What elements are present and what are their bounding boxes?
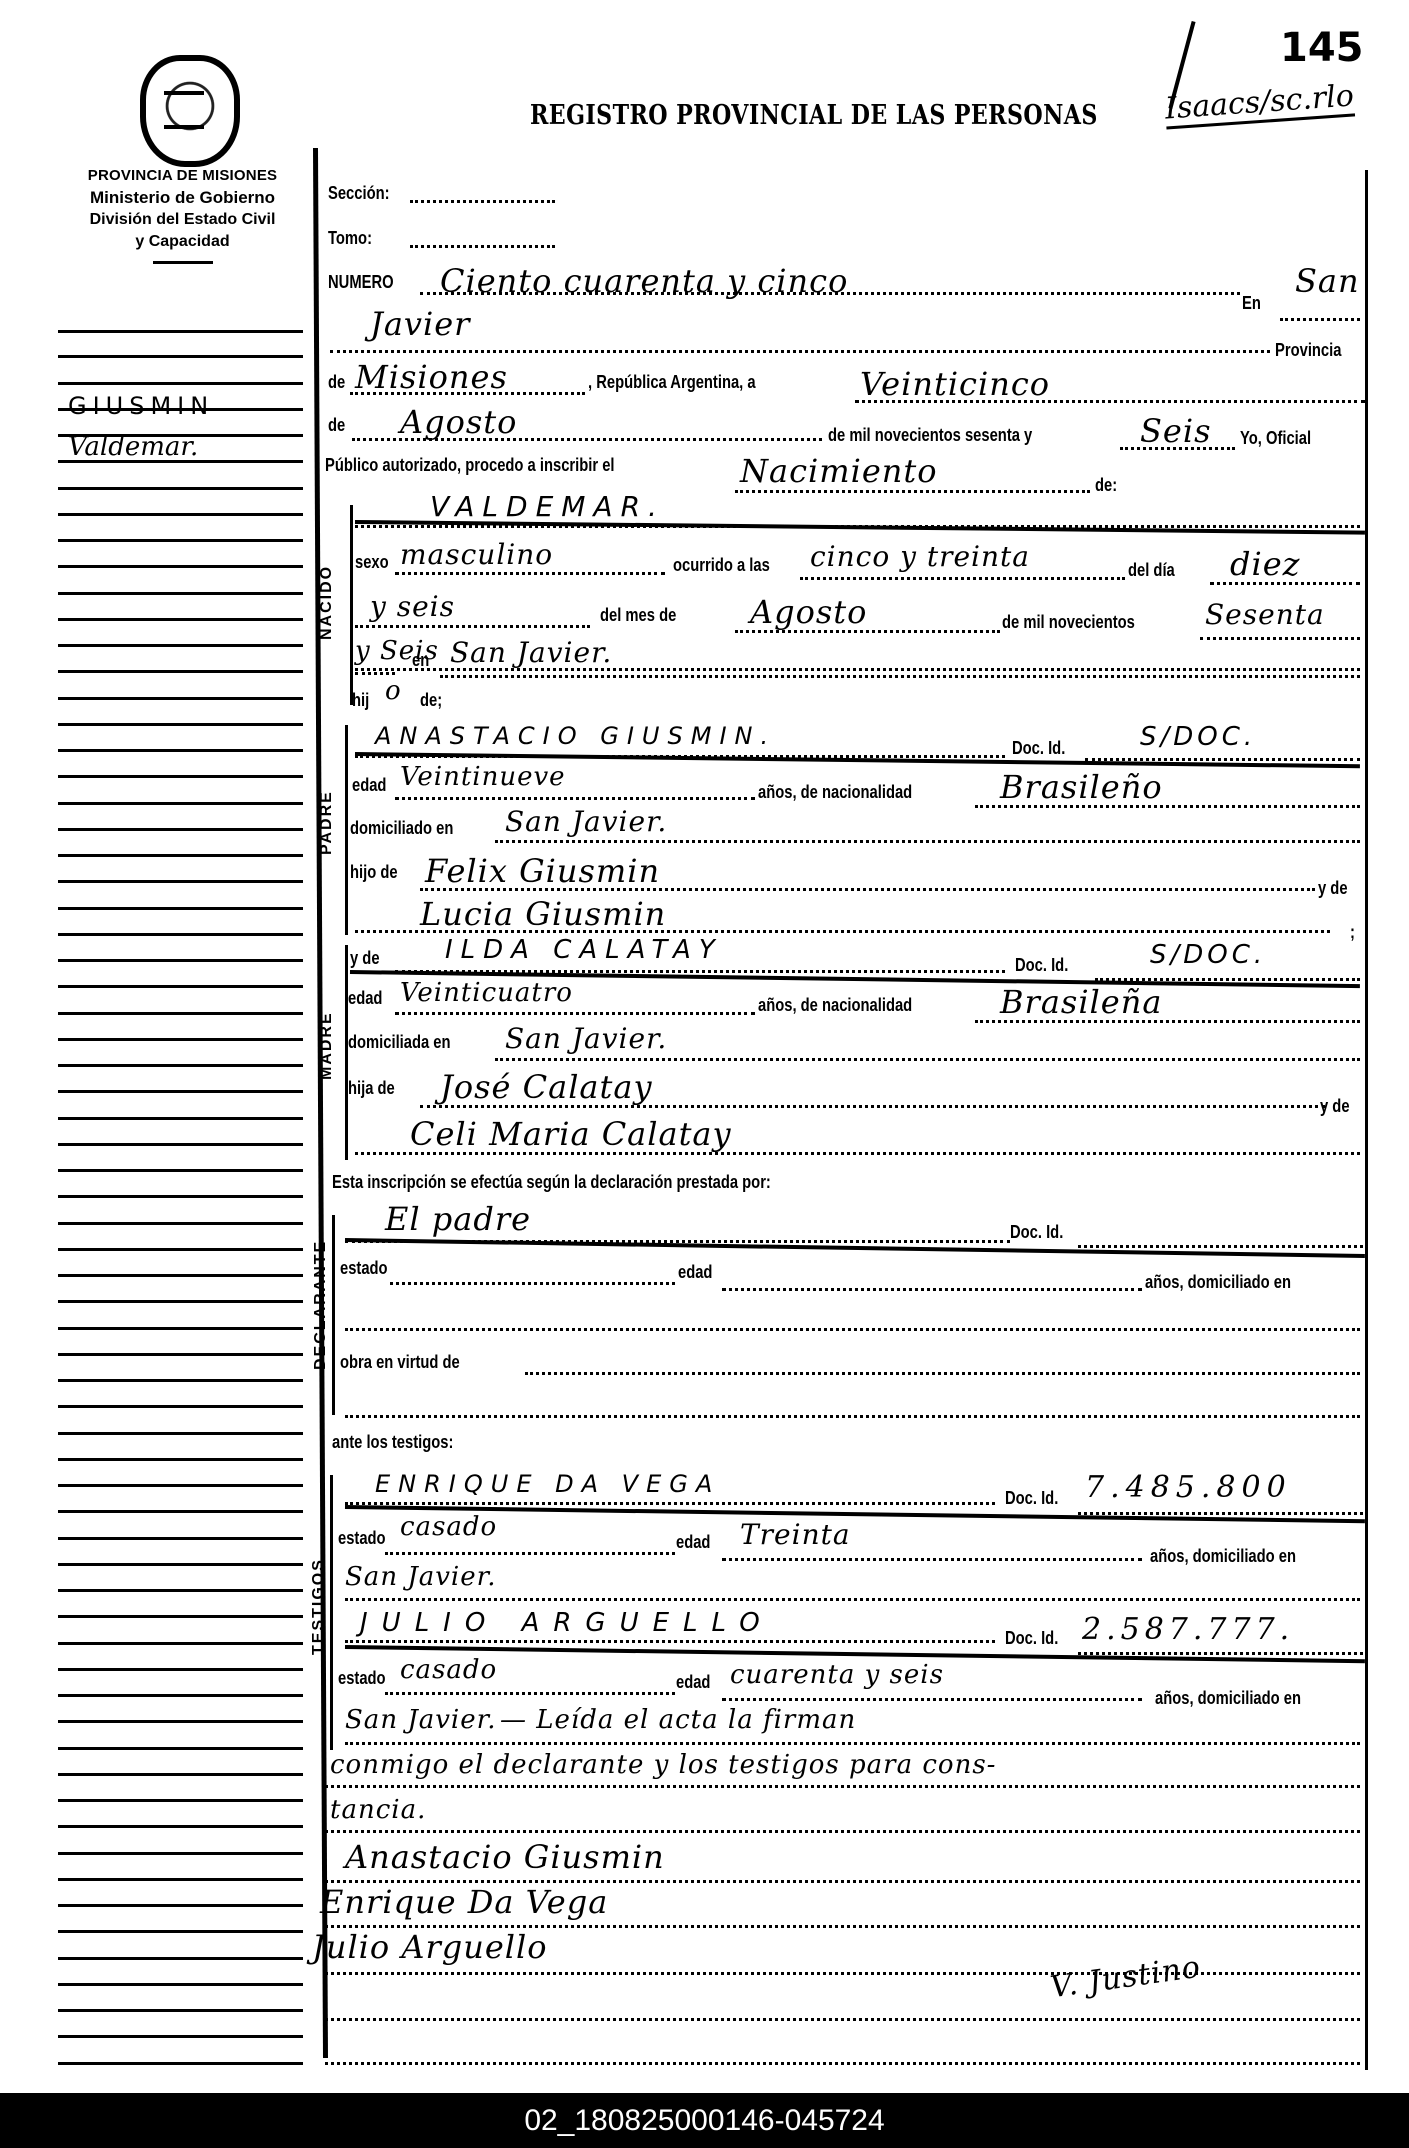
folio-number: 145 [1280, 25, 1364, 71]
anio-label: de mil novecientos sesenta y [828, 425, 1032, 446]
cierre-field-3 [325, 1830, 1360, 1833]
acto-value: Nacimiento [740, 452, 937, 490]
firma-julio: Julio Arguello [312, 1928, 548, 1966]
cierre-line-1: — Leída el acta la firman [500, 1705, 856, 1735]
testigo-1-doc-field[interactable] [1078, 1512, 1363, 1515]
declarante-edad-field[interactable] [722, 1288, 1142, 1291]
testigo-2-edad-field[interactable] [722, 1698, 1142, 1701]
madre-nacionalidad-value: Brasileña [1000, 983, 1162, 1021]
testigo-1-domicilio-field[interactable] [345, 1598, 1360, 1601]
nacido-section-label: NACIDO [318, 565, 336, 640]
testigo-2-edad-label: edad [676, 1672, 710, 1693]
madre-edad-label: edad [348, 988, 382, 1009]
declarante-section-label: DECLARANTE [312, 1240, 330, 1370]
sexo-value: masculino [400, 538, 553, 571]
madre-hija-de-label: hija de [348, 1078, 395, 1099]
madre-domicilio-value: San Javier. [505, 1022, 667, 1055]
form-right-border [1365, 170, 1368, 2070]
hora-field[interactable] [800, 577, 1125, 580]
padre-edad-field[interactable] [395, 797, 755, 800]
mes-nac-label: del mes de [600, 605, 676, 626]
testigo-2-doc-value: 2.587.777. [1082, 1612, 1294, 1647]
margin-note-surname: GIUSMIN [68, 392, 214, 420]
dia-nac-field-2[interactable] [355, 625, 590, 628]
declarante-estado-label: estado [340, 1258, 388, 1279]
de-label: de [328, 372, 345, 393]
testigo-1-edad-value: Treinta [740, 1518, 851, 1551]
sexo-field[interactable] [395, 572, 665, 575]
testigo-1-estado-value: casado [400, 1512, 497, 1542]
provincia-value: Misiones [355, 358, 508, 396]
image-id-footer: 02_180825000146-045724 [0, 2093, 1409, 2148]
testigos-intro: ante los testigos: [332, 1432, 453, 1453]
testigo-2-estado-label: estado [338, 1668, 386, 1689]
birth-record-page: PROVINCIA DE MISIONES Ministerio de Gobi… [0, 0, 1409, 2090]
padre-hijo-de-label: hijo de [350, 862, 398, 883]
declarante-domicilio-label: años, domiciliado en [1145, 1272, 1291, 1293]
dia-nac-value-2: y seis [370, 590, 455, 623]
madre-y-de-label-2: y de [1320, 1096, 1350, 1117]
madre-section-label: MADRE [318, 1011, 336, 1080]
declarante-edad-label: edad [678, 1262, 712, 1283]
divider [153, 261, 213, 264]
testigo-2-edad-value: cuarenta y seis [730, 1660, 944, 1690]
testigo-2-nombre-value: JULIO ARGUELLO [360, 1608, 774, 1638]
sexo-label: sexo [355, 552, 389, 573]
padre-domicilio-field[interactable] [495, 840, 1360, 843]
madre-doc-value: S/DOC. [1150, 940, 1266, 970]
madre-hija-de-value: José Calatay [440, 1068, 653, 1106]
testigo-2-domicilio-label: años, domiciliado en [1155, 1688, 1301, 1709]
republica-label: , República Argentina, a [588, 372, 756, 393]
testigo-2-doc-field[interactable] [1078, 1652, 1363, 1655]
padre-domicilio-label: domiciliado en [350, 818, 453, 839]
lugar-value: San Javier. [450, 636, 612, 669]
testigo-2-domicilio-value: San Javier. [345, 1705, 496, 1735]
testigo-2-estado-value: casado [400, 1655, 497, 1685]
seccion-label: Sección: [328, 183, 390, 204]
title-annotation: Isaacs/sc.rlo [1164, 78, 1355, 129]
padre-nombre-value: ANASTACIO GIUSMIN. [375, 722, 776, 750]
firma-line-4 [325, 2018, 1360, 2021]
tomo-label: Tomo: [328, 228, 372, 249]
cierre-line-2: conmigo el declarante y los testigos par… [330, 1750, 996, 1780]
padre-semicolon: ; [1350, 922, 1355, 943]
seccion-field[interactable] [410, 200, 555, 203]
padre-nacionalidad-value: Brasileño [1000, 768, 1163, 806]
mes-value: Agosto [400, 403, 517, 441]
testigo-1-doc-label: Doc. Id. [1005, 1488, 1058, 1509]
en-value-2: Javier [370, 305, 470, 343]
madre-edad-value: Veinticuatro [400, 978, 573, 1008]
madre-y-de-label: y de [350, 948, 380, 969]
declarante-obra-field[interactable] [525, 1372, 1360, 1375]
padre-edad-value: Veintinueve [400, 762, 566, 792]
madre-domicilio-label: domiciliada en [348, 1032, 451, 1053]
hijo-label: hij [352, 690, 369, 711]
testigo-1-estado-label: estado [338, 1528, 386, 1549]
firma-anastacio: Anastacio Giusmin [345, 1838, 665, 1876]
hijo-value: o [385, 676, 402, 706]
provincial-crest-icon [140, 55, 240, 167]
publico-label: Público autorizado, procedo a inscribir … [325, 455, 615, 476]
padre-hijo-de-value: Felix Giusmin [425, 852, 660, 890]
madre-domicilio-field[interactable] [495, 1058, 1360, 1061]
issuer-ministry: Ministerio de Gobierno [50, 187, 315, 209]
declarante-estado-field[interactable] [390, 1282, 675, 1285]
issuer-division: División del Estado Civil [50, 209, 315, 231]
acto-field[interactable] [735, 490, 1090, 493]
declarante-obra-label: obra en virtud de [340, 1352, 460, 1373]
nacido-section-bar [350, 505, 353, 705]
provincia-label: Provincia [1275, 340, 1341, 361]
nacido-rule [355, 668, 1360, 671]
testigo-2-doc-label: Doc. Id. [1005, 1628, 1058, 1649]
testigos-section-label: TESTIGOS [310, 1558, 328, 1655]
padre-section-bar [345, 725, 348, 935]
padre-doc-label: Doc. Id. [1012, 738, 1065, 759]
declarante-obra-field-2[interactable] [345, 1415, 1360, 1418]
dia-nac-value-1: diez [1230, 545, 1301, 583]
numero-value: Ciento cuarenta y cinco [440, 262, 848, 300]
ocurrido-label: ocurrido a las [673, 555, 770, 576]
issuer-province: PROVINCIA DE MISIONES [50, 165, 315, 187]
testigo-1-nombre-value: ENRIQUE DA VEGA [375, 1470, 720, 1498]
de-colon-label: de: [1095, 475, 1117, 496]
en-field[interactable] [1280, 318, 1360, 321]
en-label: En [1242, 293, 1261, 314]
anio-nac-value-1: Sesenta [1205, 598, 1325, 631]
firma-line-5 [325, 2062, 1360, 2065]
testigo-1-edad-field[interactable] [722, 1558, 1142, 1561]
official-signature: V. Justino [1048, 1950, 1203, 2006]
declarante-domicilio-field[interactable] [345, 1328, 1360, 1331]
madre-nacionalidad-label: años, de nacionalidad [758, 995, 912, 1016]
tomo-field[interactable] [410, 245, 555, 248]
madre-y-de-value: Celi Maria Calatay [410, 1115, 732, 1153]
document-title: REGISTRO PROVINCIAL DE LAS PERSONAS [530, 100, 1098, 131]
issuer-capacity: y Capacidad [50, 231, 315, 253]
en-value-1: San [1295, 262, 1360, 300]
hijo-de-label: de; [420, 690, 442, 711]
cierre-field-2 [325, 1785, 1360, 1788]
anio-nac-label: de mil novecientos [1002, 612, 1135, 633]
firma-line-3 [325, 1972, 1360, 1975]
testigo-1-edad-label: edad [676, 1532, 710, 1553]
issuer-block: PROVINCIA DE MISIONES Ministerio de Gobi… [50, 165, 315, 264]
declarante-section-bar [332, 1215, 335, 1415]
declarante-doc-label: Doc. Id. [1010, 1222, 1063, 1243]
madre-doc-label: Doc. Id. [1015, 955, 1068, 976]
localidad-field[interactable] [330, 350, 1270, 353]
anio-value: Seis [1140, 412, 1212, 450]
lugar-field[interactable] [440, 675, 1360, 678]
padre-domicilio-value: San Javier. [505, 805, 667, 838]
declarante-nombre-value: El padre [385, 1200, 531, 1238]
padre-section-label: PADRE [318, 790, 336, 855]
padre-y-de-label: y de [1318, 878, 1348, 899]
padre-doc-value: S/DOC. [1140, 722, 1256, 752]
madre-edad-field[interactable] [395, 1012, 755, 1015]
testigo-1-domicilio-label: años, domiciliado en [1150, 1546, 1296, 1567]
firma-enrique: Enrique Da Vega [320, 1883, 608, 1921]
declarante-intro: Esta inscripción se efectúa según la dec… [332, 1172, 771, 1193]
cierre-line-3: tancia. [330, 1795, 426, 1825]
hora-value: cinco y treinta [810, 540, 1030, 573]
numero-label: NUMERO [328, 272, 394, 293]
padre-edad-label: edad [352, 775, 386, 796]
testigo-1-nombre-field[interactable] [345, 1502, 995, 1505]
testigo-1-domicilio-value: San Javier. [345, 1562, 496, 1592]
testigos-section-bar [330, 1475, 333, 1750]
madre-nombre-value: ILDA CALATAY [445, 935, 723, 965]
dia-value: Veinticinco [860, 365, 1050, 403]
testigo-2-estado-field[interactable] [385, 1692, 675, 1695]
nacido-nombre-value: VALDEMAR. [430, 490, 665, 523]
testigo-2-nombre-field[interactable] [345, 1640, 995, 1643]
padre-nacionalidad-label: años, de nacionalidad [758, 782, 912, 803]
testigo-1-estado-field[interactable] [385, 1552, 675, 1555]
form-left-border [313, 148, 328, 2058]
del-dia-label: del día [1128, 560, 1175, 581]
oficial-label: Yo, Oficial [1240, 428, 1311, 449]
de-label-2: de [328, 415, 345, 436]
anio-nac-field-2[interactable] [355, 672, 395, 675]
testigo-1-doc-value: 7.485.800 [1085, 1470, 1292, 1505]
anio-nac-field[interactable] [1200, 637, 1360, 640]
testigo-2-domicilio-field[interactable] [345, 1742, 1360, 1745]
mes-nac-value: Agosto [750, 593, 867, 631]
padre-y-de-value: Lucia Giusmin [420, 895, 666, 933]
margin-note-given-name: Valdemar. [68, 432, 198, 462]
declarante-doc-field[interactable] [1078, 1245, 1363, 1248]
